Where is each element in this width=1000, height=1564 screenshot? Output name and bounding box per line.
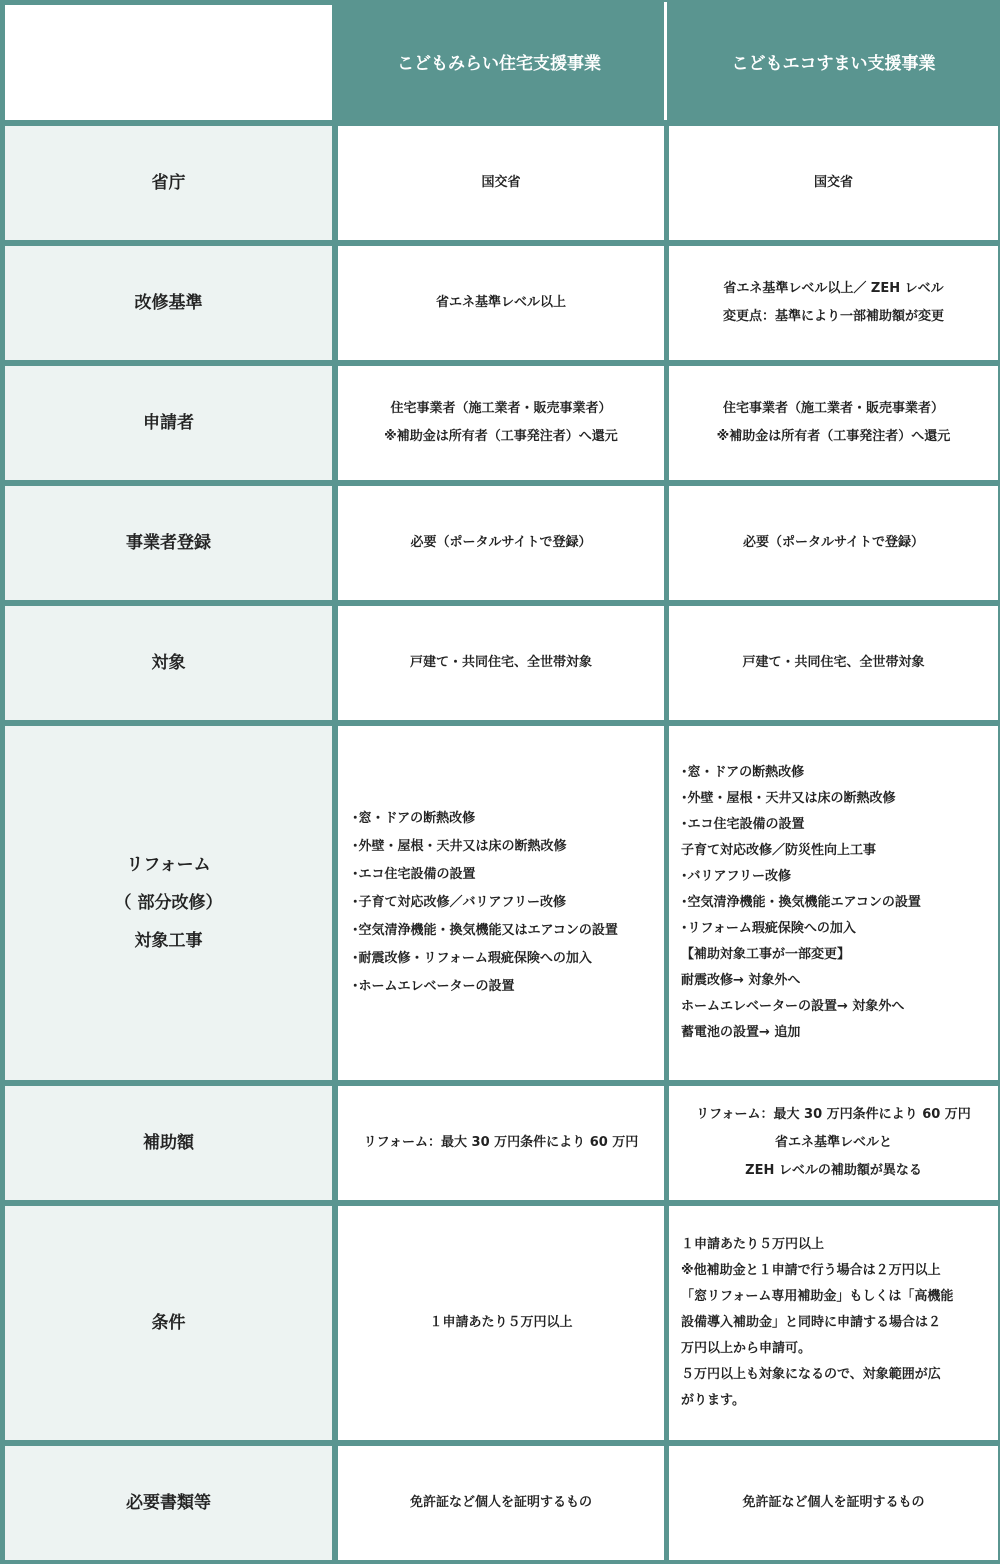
col1-cell-ministry: 国交省 bbox=[338, 126, 664, 240]
cell-text-line: 必要（ポータルサイトで登録） bbox=[743, 529, 924, 557]
cell-text-line: 国交省 bbox=[481, 169, 520, 197]
cell-text-line: 戸建て・共同住宅、全世帯対象 bbox=[410, 649, 592, 677]
cell-text-line: 蓄電池の設置→ 追加 bbox=[681, 1020, 800, 1046]
cell-text-line: （ 部分改修） bbox=[115, 884, 223, 922]
table-row-renovation-standard: 改修基準省エネ基準レベル以上省エネ基準レベル以上／ ZEH レベル変更点：基準に… bbox=[0, 246, 1000, 360]
cell-text-line: ※補助金は所有者（工事発注者）へ還元 bbox=[717, 423, 951, 451]
row-label-required-documents: 必要書類等 bbox=[5, 1446, 332, 1560]
cell-text-line: ･空気清浄機能・換気機能又はエアコンの設置 bbox=[352, 917, 618, 945]
cell-text-line: 耐震改修→ 対象外へ bbox=[681, 968, 800, 994]
row-label-renovation-standard: 改修基準 bbox=[5, 246, 332, 360]
cell-text-line: 免許証など個人を証明するもの bbox=[742, 1489, 924, 1517]
header-col-kodomo-mirai: こどもみらい住宅支援事業 bbox=[334, 0, 664, 122]
cell-text-line: ･リフォーム瑕疵保険への加入 bbox=[681, 916, 856, 942]
col2-cell-conditions: １申請あたり５万円以上※他補助金と１申請で行う場合は２万円以上「窓リフォーム専用… bbox=[669, 1206, 998, 1440]
table-row-ministry: 省庁国交省国交省 bbox=[0, 126, 1000, 240]
cell-text-line: 住宅事業者（施工業者・販売事業者） bbox=[390, 395, 611, 423]
cell-text-line: 必要（ポータルサイトで登録） bbox=[410, 529, 591, 557]
cell-text-line: 補助額 bbox=[143, 1124, 194, 1162]
cell-text-line: １申請あたり５万円以上 bbox=[681, 1232, 824, 1258]
cell-text-line: ･耐震改修・リフォーム瑕疵保険への加入 bbox=[352, 945, 592, 973]
cell-text-line: 免許証など個人を証明するもの bbox=[410, 1489, 592, 1517]
col2-cell-renovation-standard: 省エネ基準レベル以上／ ZEH レベル変更点：基準により一部補助額が変更 bbox=[669, 246, 998, 360]
col1-cell-applicant: 住宅事業者（施工業者・販売事業者）※補助金は所有者（工事発注者）へ還元 bbox=[338, 366, 664, 480]
cell-text-line: ･ホームエレベーターの設置 bbox=[352, 973, 515, 1001]
cell-text-line: 省エネ基準レベル以上 bbox=[436, 289, 566, 317]
cell-text-line: 省エネ基準レベルと bbox=[775, 1129, 892, 1157]
col2-cell-reform-works: ･窓・ドアの断熱改修･外壁・屋根・天井又は床の断熱改修･エコ住宅設備の設置子育て… bbox=[669, 726, 998, 1080]
row-label-target: 対象 bbox=[5, 606, 332, 720]
col1-cell-target: 戸建て・共同住宅、全世帯対象 bbox=[338, 606, 664, 720]
cell-text-line: 省庁 bbox=[152, 164, 186, 202]
col1-cell-required-documents: 免許証など個人を証明するもの bbox=[338, 1446, 664, 1560]
cell-text-line: ･バリアフリー改修 bbox=[681, 864, 791, 890]
cell-text-line: １申請あたり５万円以上 bbox=[429, 1309, 572, 1337]
cell-text-line: ※補助金は所有者（工事発注者）へ還元 bbox=[384, 423, 618, 451]
col1-cell-reform-works: ･窓・ドアの断熱改修･外壁・屋根・天井又は床の断熱改修･エコ住宅設備の設置･子育… bbox=[338, 726, 664, 1080]
row-label-subsidy-amount: 補助額 bbox=[5, 1086, 332, 1200]
cell-text-line: ※他補助金と１申請で行う場合は２万円以上 bbox=[681, 1258, 941, 1284]
col2-cell-subsidy-amount: リフォーム：最大 30 万円条件により 60 万円省エネ基準レベルとZEH レベ… bbox=[669, 1086, 998, 1200]
cell-text-line: 【補助対象工事が一部変更】 bbox=[681, 942, 850, 968]
cell-text-line: 国交省 bbox=[814, 169, 853, 197]
cell-text-line: 事業者登録 bbox=[126, 524, 211, 562]
cell-text-line: ･外壁・屋根・天井又は床の断熱改修 bbox=[352, 833, 567, 861]
table-row-target: 対象戸建て・共同住宅、全世帯対象戸建て・共同住宅、全世帯対象 bbox=[0, 606, 1000, 720]
cell-text-line: がります。 bbox=[681, 1388, 745, 1414]
cell-text-line: 子育て対応改修／防災性向上工事 bbox=[681, 838, 876, 864]
cell-text-line: 「窓リフォーム専用補助金」もしくは「高機能 bbox=[681, 1284, 953, 1310]
cell-text-line: 設備導入補助金」と同時に申請する場合は２ bbox=[681, 1310, 941, 1336]
col2-cell-target: 戸建て・共同住宅、全世帯対象 bbox=[669, 606, 998, 720]
cell-text-line: ５万円以上も対象になるので、対象範囲が広 bbox=[681, 1362, 941, 1388]
cell-text-line: リフォーム：最大 30 万円条件により 60 万円 bbox=[364, 1129, 639, 1157]
row-label-applicant: 申請者 bbox=[5, 366, 332, 480]
cell-text-line: 申請者 bbox=[143, 404, 194, 442]
cell-text-line: 変更点：基準により一部補助額が変更 bbox=[723, 303, 944, 331]
row-label-reform-works: リフォーム（ 部分改修）対象工事 bbox=[5, 726, 332, 1080]
comparison-table: こどもみらい住宅支援事業 こどもエコすまい支援事業 省庁国交省国交省改修基準省エ… bbox=[0, 0, 1000, 1564]
header-blank-cell bbox=[5, 5, 332, 120]
header-row: こどもみらい住宅支援事業 こどもエコすまい支援事業 bbox=[0, 0, 1000, 122]
table-row-applicant: 申請者住宅事業者（施工業者・販売事業者）※補助金は所有者（工事発注者）へ還元住宅… bbox=[0, 366, 1000, 480]
cell-text-line: 改修基準 bbox=[135, 284, 203, 322]
cell-text-line: ･エコ住宅設備の設置 bbox=[352, 861, 476, 889]
cell-text-line: 戸建て・共同住宅、全世帯対象 bbox=[742, 649, 924, 677]
cell-text-line: 万円以上から申請可。 bbox=[681, 1336, 811, 1362]
table-row-business-registration: 事業者登録必要（ポータルサイトで登録）必要（ポータルサイトで登録） bbox=[0, 486, 1000, 600]
cell-text-line: 省エネ基準レベル以上／ ZEH レベル bbox=[723, 275, 943, 303]
col2-cell-ministry: 国交省 bbox=[669, 126, 998, 240]
row-label-conditions: 条件 bbox=[5, 1206, 332, 1440]
col2-cell-business-registration: 必要（ポータルサイトで登録） bbox=[669, 486, 998, 600]
table-row-reform-works: リフォーム（ 部分改修）対象工事･窓・ドアの断熱改修･外壁・屋根・天井又は床の断… bbox=[0, 726, 1000, 1080]
cell-text-line: ホームエレベーターの設置→ 対象外へ bbox=[681, 994, 904, 1020]
table-row-subsidy-amount: 補助額リフォーム：最大 30 万円条件により 60 万円リフォーム：最大 30 … bbox=[0, 1086, 1000, 1200]
cell-text-line: 必要書類等 bbox=[126, 1484, 211, 1522]
cell-text-line: ･外壁・屋根・天井又は床の断熱改修 bbox=[681, 786, 896, 812]
cell-text-line: リフォーム bbox=[126, 846, 210, 884]
header-col-kodomo-eco: こどもエコすまい支援事業 bbox=[667, 0, 1000, 122]
cell-text-line: ･空気清浄機能・換気機能エアコンの設置 bbox=[681, 890, 921, 916]
cell-text-line: ･子育て対応改修／バリアフリー改修 bbox=[352, 889, 566, 917]
col1-cell-conditions: １申請あたり５万円以上 bbox=[338, 1206, 664, 1440]
col1-cell-subsidy-amount: リフォーム：最大 30 万円条件により 60 万円 bbox=[338, 1086, 664, 1200]
col1-cell-renovation-standard: 省エネ基準レベル以上 bbox=[338, 246, 664, 360]
col2-cell-required-documents: 免許証など個人を証明するもの bbox=[669, 1446, 998, 1560]
cell-text-line: リフォーム：最大 30 万円条件により 60 万円 bbox=[696, 1101, 971, 1129]
cell-text-line: ･窓・ドアの断熱改修 bbox=[352, 805, 475, 833]
row-label-ministry: 省庁 bbox=[5, 126, 332, 240]
table-row-conditions: 条件１申請あたり５万円以上１申請あたり５万円以上※他補助金と１申請で行う場合は２… bbox=[0, 1206, 1000, 1440]
cell-text-line: 条件 bbox=[152, 1304, 186, 1342]
cell-text-line: 対象 bbox=[152, 644, 186, 682]
cell-text-line: 対象工事 bbox=[135, 922, 203, 960]
col2-cell-applicant: 住宅事業者（施工業者・販売事業者）※補助金は所有者（工事発注者）へ還元 bbox=[669, 366, 998, 480]
table-row-required-documents: 必要書類等免許証など個人を証明するもの免許証など個人を証明するもの bbox=[0, 1446, 1000, 1560]
cell-text-line: 住宅事業者（施工業者・販売事業者） bbox=[723, 395, 944, 423]
cell-text-line: ZEH レベルの補助額が異なる bbox=[745, 1157, 922, 1185]
row-label-business-registration: 事業者登録 bbox=[5, 486, 332, 600]
cell-text-line: ･窓・ドアの断熱改修 bbox=[681, 760, 804, 786]
col1-cell-business-registration: 必要（ポータルサイトで登録） bbox=[338, 486, 664, 600]
cell-text-line: ･エコ住宅設備の設置 bbox=[681, 812, 805, 838]
